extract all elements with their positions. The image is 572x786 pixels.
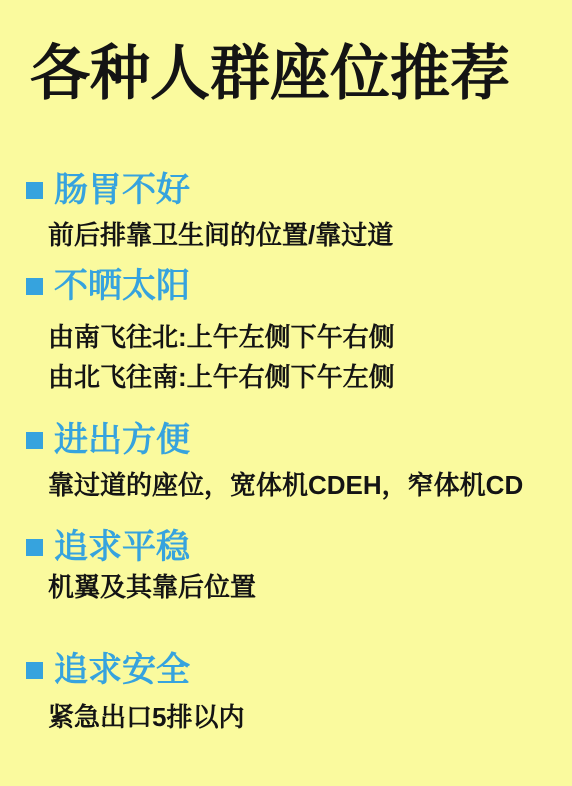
section-body-line: 紧急出口5排以内 bbox=[48, 702, 244, 732]
section-heading-label: 不晒太阳 bbox=[54, 267, 190, 305]
section-body-line: 由北飞往南:上午右侧下午左侧 bbox=[48, 362, 395, 392]
bullet-square-icon bbox=[26, 278, 43, 295]
section-body-line: 机翼及其靠后位置 bbox=[48, 572, 256, 602]
section-heading-safety: 追求安全 bbox=[26, 651, 190, 689]
section-heading-stomach: 肠胃不好 bbox=[26, 171, 190, 209]
bullet-square-icon bbox=[26, 182, 43, 199]
section-heading-smooth-ride: 追求平稳 bbox=[26, 528, 190, 566]
section-heading-avoid-sun: 不晒太阳 bbox=[26, 267, 190, 305]
section-heading-label: 追求平稳 bbox=[54, 528, 190, 566]
seat-recommendation-poster: 各种人群座位推荐 肠胃不好 前后排靠卫生间的位置/靠过道 不晒太阳 由南飞往北:… bbox=[0, 0, 572, 786]
page-title: 各种人群座位推荐 bbox=[30, 40, 510, 108]
section-body-line: 由南飞往北:上午左侧下午右侧 bbox=[48, 322, 395, 352]
section-body-line: 前后排靠卫生间的位置/靠过道 bbox=[48, 220, 393, 250]
bullet-square-icon bbox=[26, 539, 43, 556]
section-heading-label: 进出方便 bbox=[54, 421, 190, 459]
section-body-line: 靠过道的座位，宽体机CDEH，窄体机CD bbox=[48, 470, 523, 500]
bullet-square-icon bbox=[26, 432, 43, 449]
section-heading-label: 肠胃不好 bbox=[54, 171, 190, 209]
section-heading-easy-access: 进出方便 bbox=[26, 421, 190, 459]
bullet-square-icon bbox=[26, 662, 43, 679]
section-heading-label: 追求安全 bbox=[54, 651, 190, 689]
